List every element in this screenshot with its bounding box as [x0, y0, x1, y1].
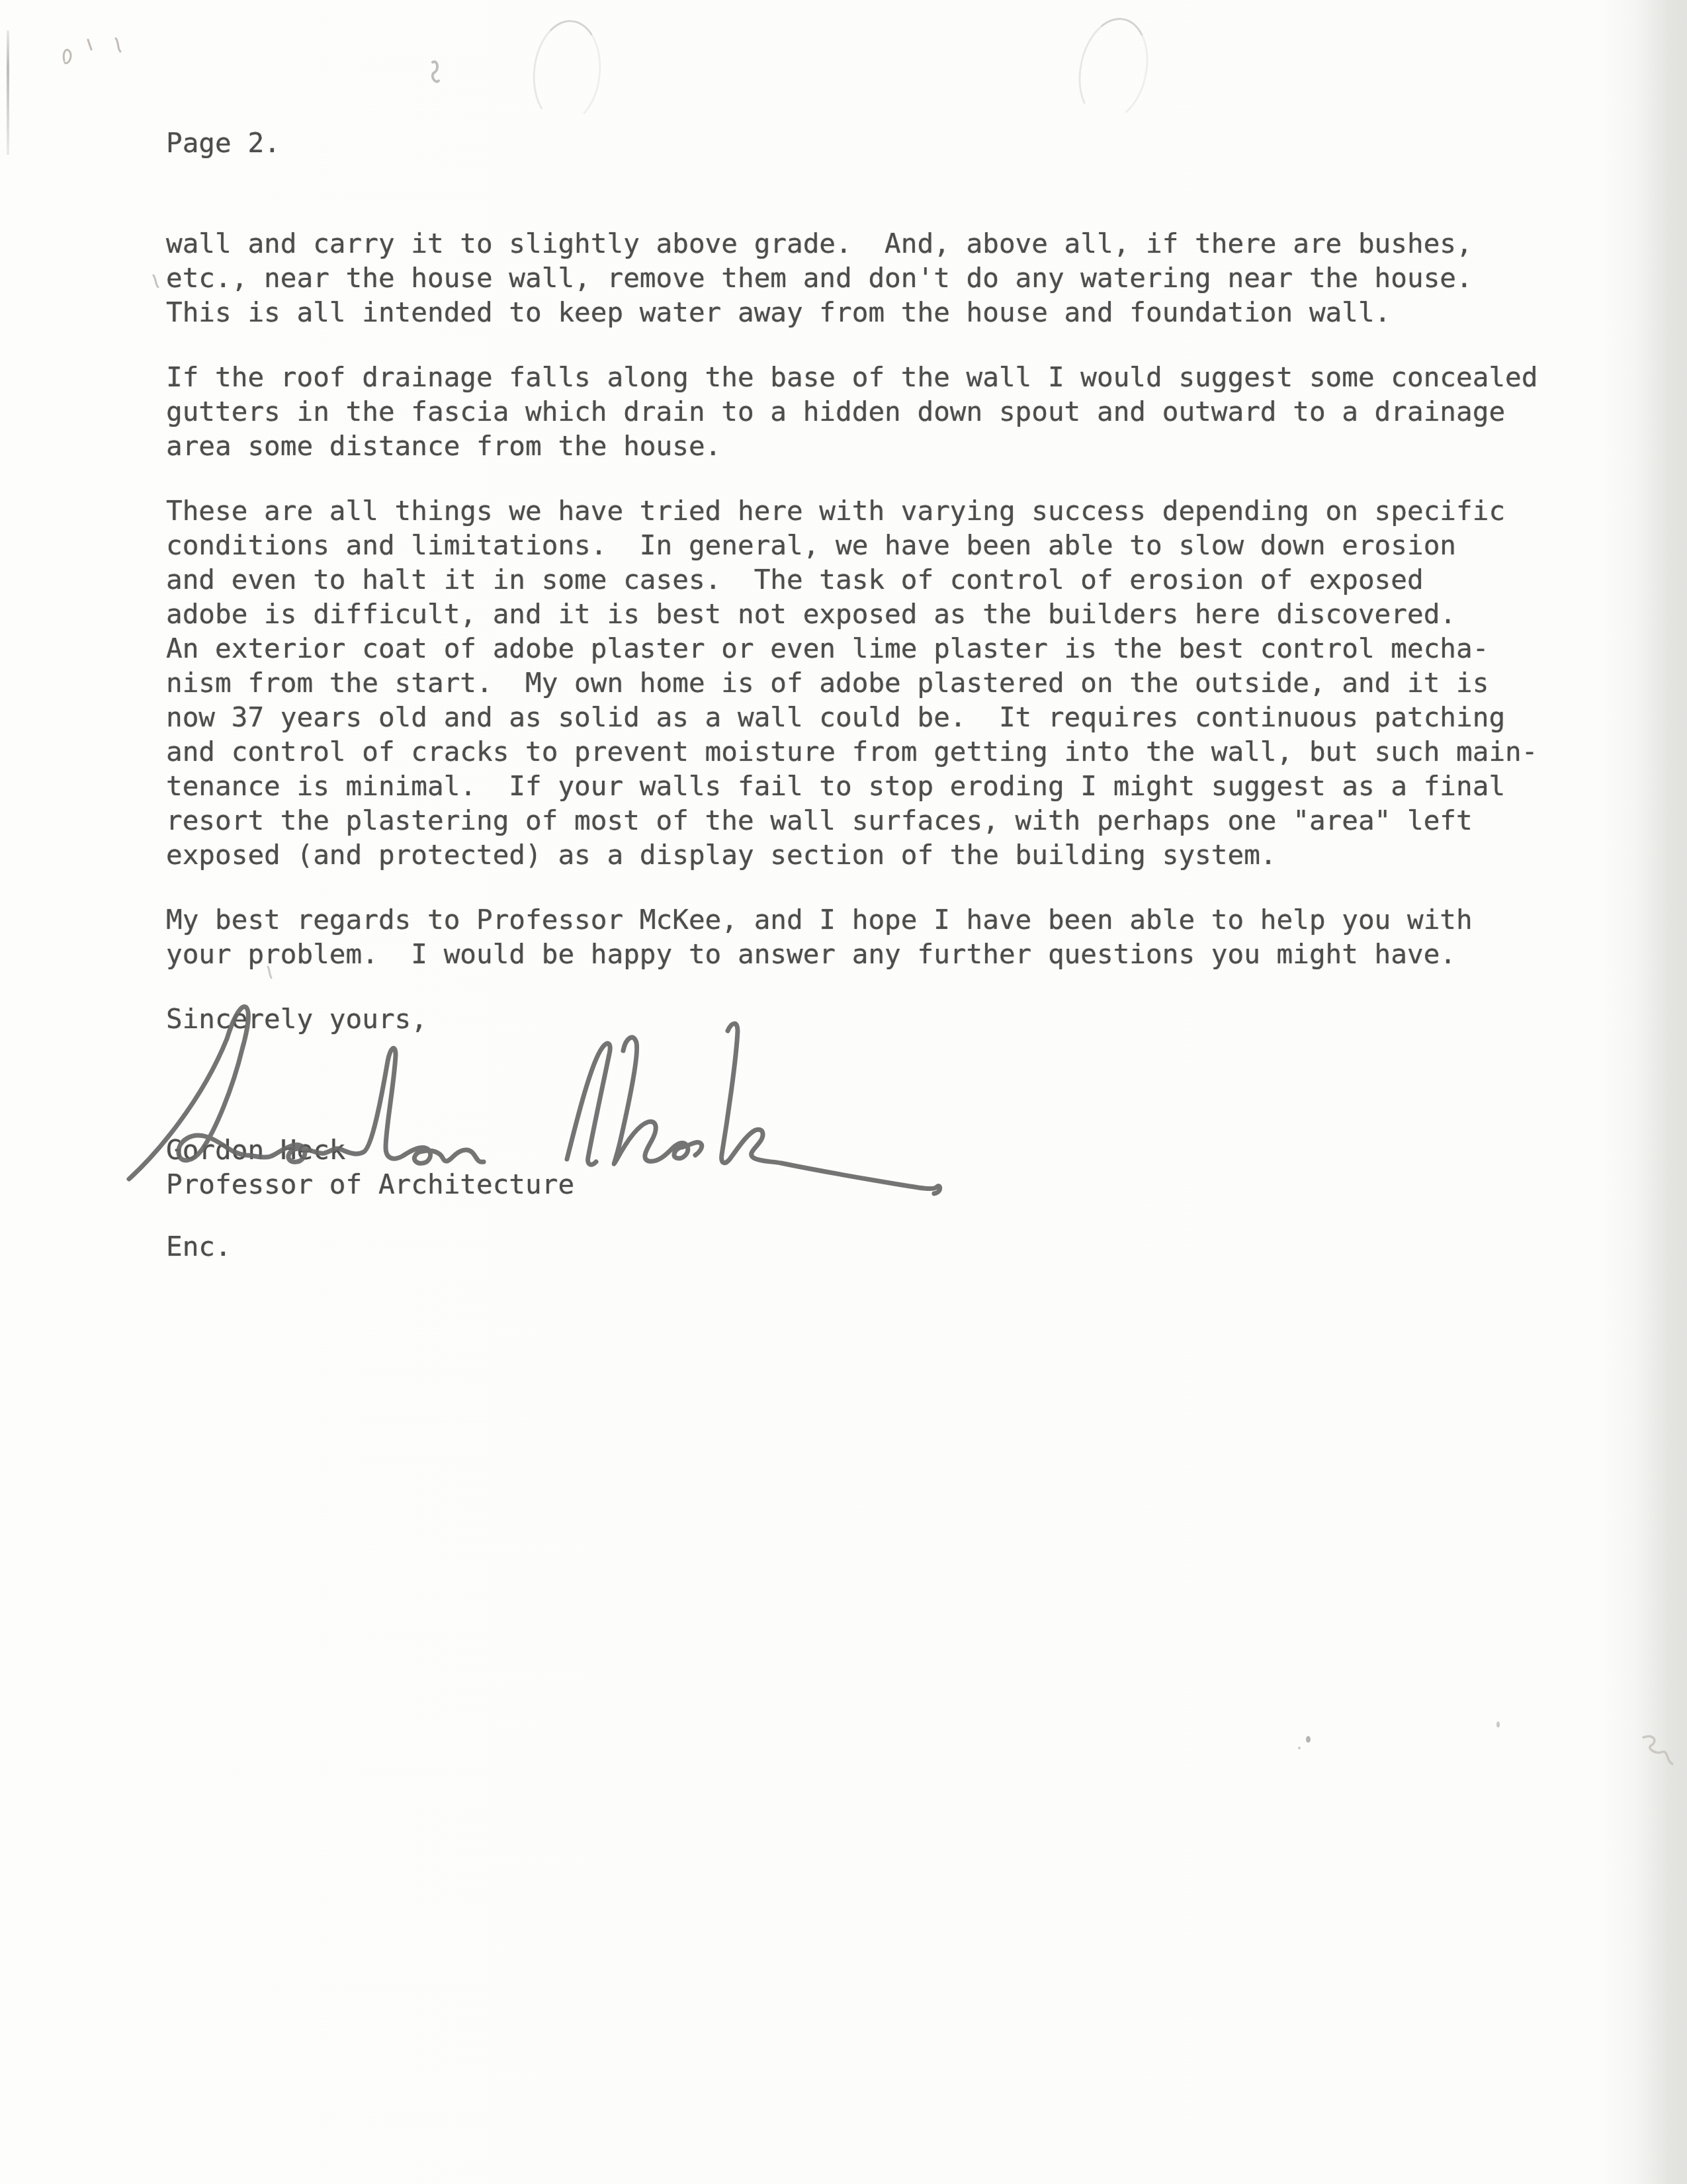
- ink-smudge: [426, 58, 446, 91]
- scan-squiggle: [1639, 1732, 1679, 1772]
- scan-speck: [1298, 1747, 1301, 1749]
- enclosure-notation: Enc.: [166, 1229, 1582, 1264]
- body-paragraph: These are all things we have tried here …: [166, 494, 1582, 872]
- body-paragraph: If the roof drainage falls along the bas…: [166, 360, 1582, 463]
- pencil-mark: [56, 32, 142, 78]
- scan-speck: [1496, 1722, 1500, 1727]
- body-paragraph: wall and carry it to slightly above grad…: [166, 226, 1582, 329]
- body-paragraph: My best regards to Professor McKee, and …: [166, 902, 1582, 971]
- scan-edge-shading: [1634, 0, 1687, 2184]
- scan-speck: [1306, 1736, 1311, 1743]
- pencil-tick: [151, 273, 161, 290]
- page-number-label: Page 2.: [166, 126, 1582, 160]
- signature-autograph: [122, 996, 949, 1195]
- letter-page: Page 2. wall and carry it to slightly ab…: [0, 0, 1687, 2184]
- letter-body: Page 2. wall and carry it to slightly ab…: [166, 126, 1582, 1264]
- punch-hole: [528, 17, 606, 128]
- punch-hole: [1070, 11, 1158, 128]
- signature-area: [166, 1036, 1582, 1133]
- scan-edge-line: [7, 30, 9, 155]
